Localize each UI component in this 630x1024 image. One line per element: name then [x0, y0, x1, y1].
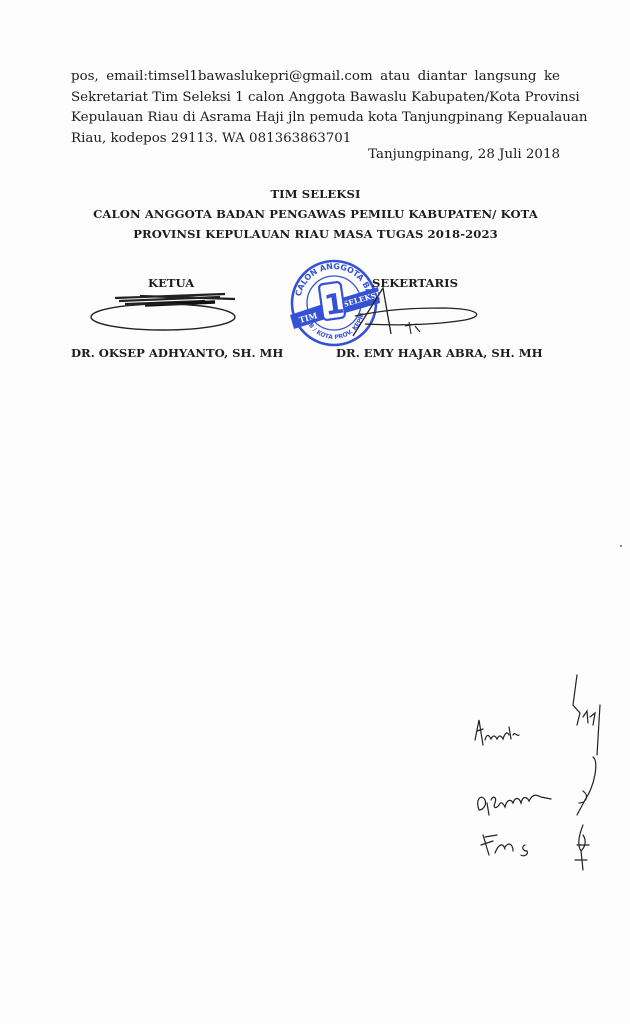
chair-signature-icon — [85, 288, 245, 338]
heading-line: CALON ANGGOTA BADAN PENGAWAS PEMILU KABU… — [71, 204, 560, 224]
place-date: Tanjungpinang, 28 Juli 2018 — [368, 147, 560, 162]
body-line: Kepulauan Riau di Asrama Haji jln pemuda… — [71, 108, 560, 129]
committee-heading: TIM SELEKSI CALON ANGGOTA BADAN PENGAWAS… — [71, 184, 560, 244]
scan-speck — [620, 545, 622, 547]
body-line: Sekretariat Tim Seleksi 1 calon Anggota … — [71, 88, 560, 109]
document-page: pos, email:timsel1bawaslukepri@gmail.com… — [0, 0, 630, 1024]
heading-line: PROVINSI KEPULAUAN RIAU MASA TUGAS 2018-… — [71, 224, 560, 244]
body-paragraph: pos, email:timsel1bawaslukepri@gmail.com… — [71, 67, 560, 149]
body-line: pos, email:timsel1bawaslukepri@gmail.com… — [71, 67, 560, 88]
chair-name: DR. OKSEP ADHYANTO, SH. MH — [71, 346, 283, 360]
secretary-name: DR. EMY HAJAR ABRA, SH. MH — [336, 346, 543, 360]
heading-line: TIM SELEKSI — [71, 184, 560, 204]
secretary-signature-icon — [345, 286, 495, 346]
handwritten-notes-icon — [465, 665, 615, 875]
